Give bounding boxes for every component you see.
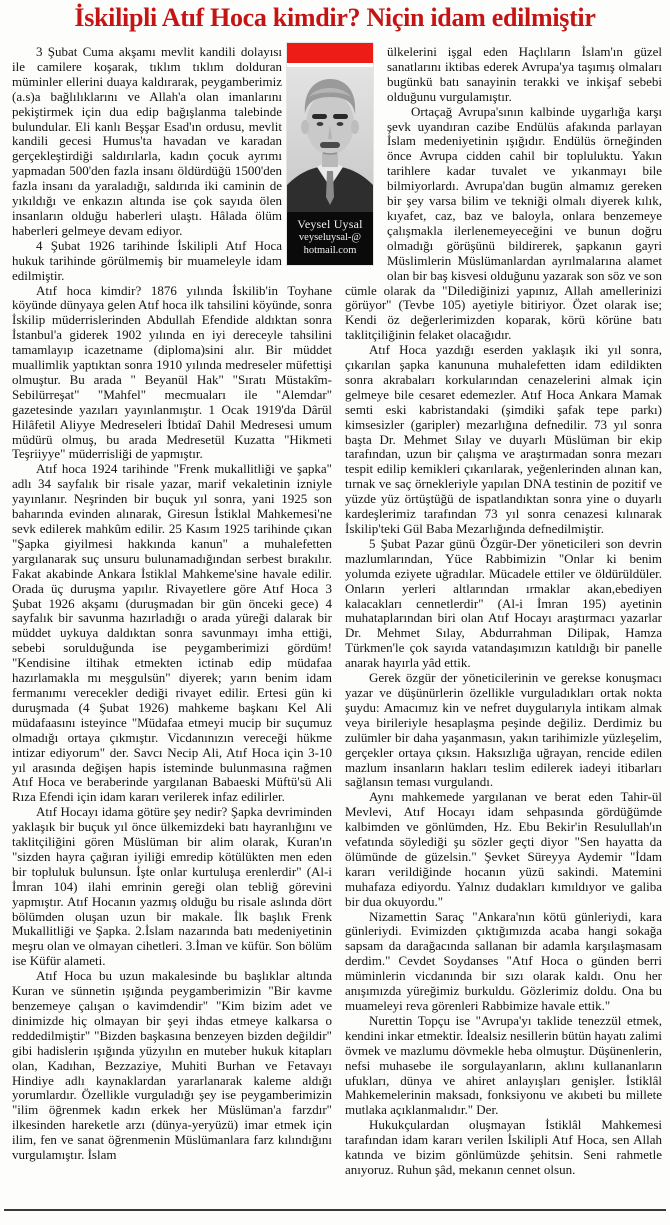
paragraph: Aynı mahkemede yargılanan ve berat eden …	[345, 790, 662, 909]
footer-rule	[4, 1209, 666, 1211]
paragraph: Nurettin Topçu ise "Avrupa'yı taklide te…	[345, 1014, 662, 1118]
paragraph: Atıf hoca 1924 tarihinde "Frenk mukallit…	[12, 462, 332, 805]
paragraph: Atıf hoca kimdir? 1876 yılında İskilib'i…	[12, 284, 332, 463]
paragraph: Atıf Hocayı idama götüre şey nedir? Şapk…	[12, 805, 332, 969]
right-column: ülkelerini işgal eden Haçlıların İslam'ı…	[345, 45, 662, 1205]
paragraph: Atıf Hoca yazdığı eserden yaklaşık iki y…	[345, 343, 662, 537]
photo-wrap-spacer	[345, 45, 387, 269]
paragraph: Nizamettin Saraç "Ankara'nın kötü günler…	[345, 910, 662, 1014]
paragraph: 5 Şubat Pazar günü Özgür-Der yöneticiler…	[345, 537, 662, 671]
article-title: İskilipli Atıf Hoca kimdir? Niçin idam e…	[0, 3, 670, 39]
paragraph: Hukukçulardan oluşmayan İstiklâl Mahkeme…	[345, 1118, 662, 1178]
paragraph: Gerek özgür der yöneticilerinin ve gerek…	[345, 671, 662, 790]
photo-wrap-spacer	[282, 45, 332, 275]
paragraph: Atıf Hoca bu uzun makalesinde bu başlıkl…	[12, 969, 332, 1163]
paragraph: ülkelerini işgal eden Haçlıların İslam'ı…	[345, 45, 662, 105]
left-column: 3 Şubat Cuma akşamı mevlit kandili dolay…	[12, 45, 332, 1205]
paragraph: Ortaçağ Avrupa'sının kalbinde uygarlığa …	[345, 105, 662, 344]
